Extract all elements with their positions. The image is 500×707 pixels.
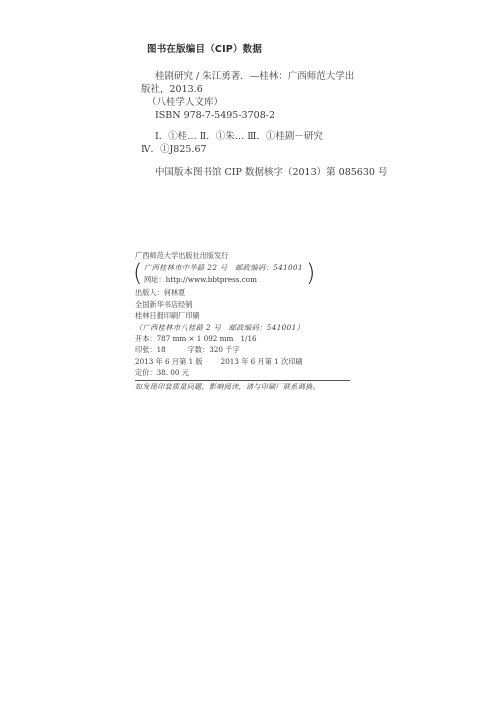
copyright-page: 图书在版编目（CIP）数据 桂剧研究 / 朱江勇著．—桂林：广西师范大学出 版社… [0,0,500,707]
publisher-person: 出版人：何林夏 [135,287,360,298]
cip-bibliographic-line-1: 桂剧研究 / 朱江勇著．—桂林：广西师范大学出 [147,70,377,83]
publisher-contact-group: ( 广西桂林市中华路 22 号 邮政编码：541001 网址：http://ww… [135,262,360,286]
quality-notice: 如发现印装质量问题，影响阅读，请与印刷厂联系调换。 [135,382,360,392]
word-count: 字数：320 千字 [188,345,240,354]
colophon-block: 广西师范大学出版社出版发行 ( 广西桂林市中华路 22 号 邮政编码：54100… [135,250,360,392]
cip-classification-line-1: Ⅰ．①桂… Ⅱ．①朱… Ⅲ．①桂剧－研究 [147,130,377,143]
cip-data-block: 图书在版编目（CIP）数据 桂剧研究 / 朱江勇著．—桂林：广西师范大学出 版社… [147,44,377,179]
cip-isbn: ISBN 978-7-5495-3708-2 [147,109,377,122]
printing: 2013 年 6 月第 1 次印刷 [221,357,303,366]
cip-bibliographic-line-2: 版社，2013.6 [141,83,377,96]
cip-verification-number: 中国版本图书馆 CIP 数据核字（2013）第 085630 号 [147,166,377,179]
format-line: 开本：787 mm × 1 092 mm 1/16 [135,333,360,344]
sheets-and-words-line: 印张：18字数：320 千字 [135,344,360,355]
printed-sheets: 印张：18 [135,345,166,354]
cip-series: （八桂学人文库） [147,96,377,109]
printer: 桂林日报印刷厂印刷 [135,310,360,321]
price: 定价：38. 00 元 [135,367,360,378]
right-brace: ) [306,259,315,287]
printer-address: （广西桂林市八桂路 2 号 邮政编码：541001） [135,322,360,333]
publisher-website: 网址：http://www.bbtpress.com [144,274,303,286]
edition: 2013 年 6 月第 1 版 [135,357,203,366]
publisher-name: 广西师范大学出版社出版发行 [135,250,360,261]
cip-classification-line-2: Ⅳ．①J825.67 [141,143,377,156]
left-brace: ( [133,259,142,287]
cip-title: 图书在版编目（CIP）数据 [147,44,377,56]
divider-rule [135,380,350,381]
publisher-address: 广西桂林市中华路 22 号 邮政编码：541001 [144,262,303,274]
distributor: 全国新华书店经销 [135,299,360,310]
edition-line: 2013 年 6 月第 1 版2013 年 6 月第 1 次印刷 [135,356,360,367]
